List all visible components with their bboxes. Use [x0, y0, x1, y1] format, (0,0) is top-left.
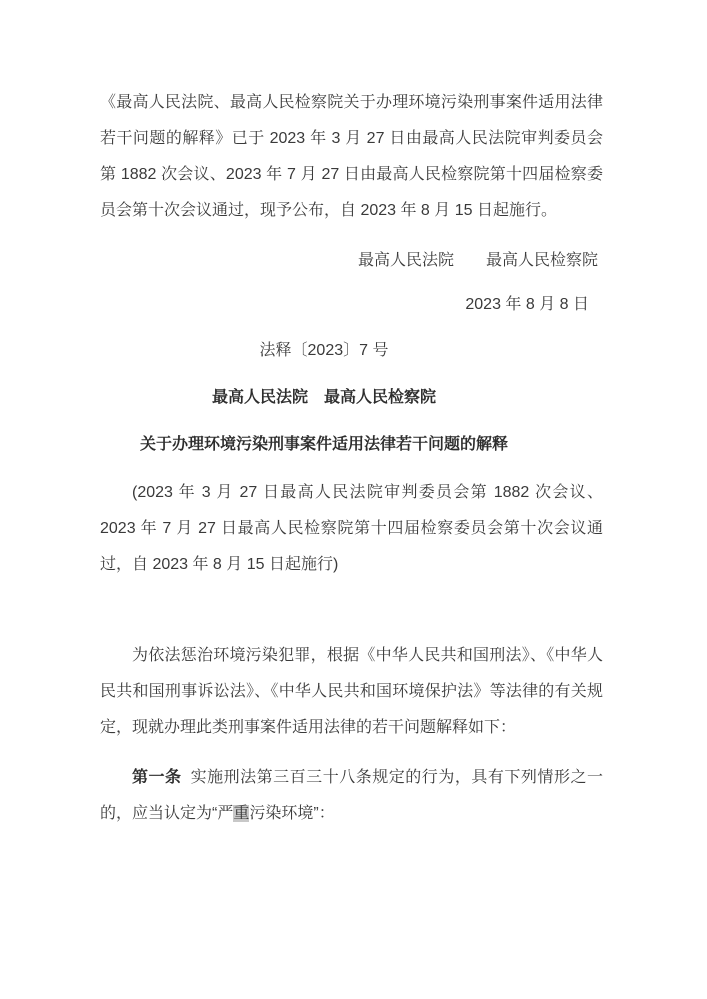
preamble-paragraph: 为依法惩治环境污染犯罪，根据《中华人民共和国刑法》、《中华人民共和国刑事诉讼法》… [100, 638, 603, 746]
document-page: 《最高人民法院、最高人民检察院关于办理环境污染刑事案件适用法律若干问题的解释》已… [0, 0, 707, 999]
signature-date: 2023 年 8 月 8 日 [100, 287, 603, 323]
article-1-text-after: 污染环境”： [249, 805, 334, 822]
title-issuers: 最高人民法院 最高人民检察院 [100, 380, 603, 416]
announcement-paragraph: 《最高人民法院、最高人民检察院关于办理环境污染刑事案件适用法律若干问题的解释》已… [100, 85, 603, 229]
signature-issuers: 最高人民法院 最高人民检察院 [100, 243, 603, 279]
article-1-paragraph: 第一条实施刑法第三百三十八条规定的行为，具有下列情形之一的，应当认定为“严重污染… [100, 760, 603, 832]
adoption-note-paragraph: (2023 年 3 月 27 日最高人民法院审判委员会第 1882 次会议、20… [100, 475, 603, 583]
article-1-label: 第一条 [132, 769, 182, 786]
document-number: 法释〔2023〕7 号 [100, 333, 603, 369]
title-subject: 关于办理环境污染刑事案件适用法律若干问题的解释 [100, 427, 603, 463]
article-1-highlighted-char: 重 [233, 805, 249, 822]
